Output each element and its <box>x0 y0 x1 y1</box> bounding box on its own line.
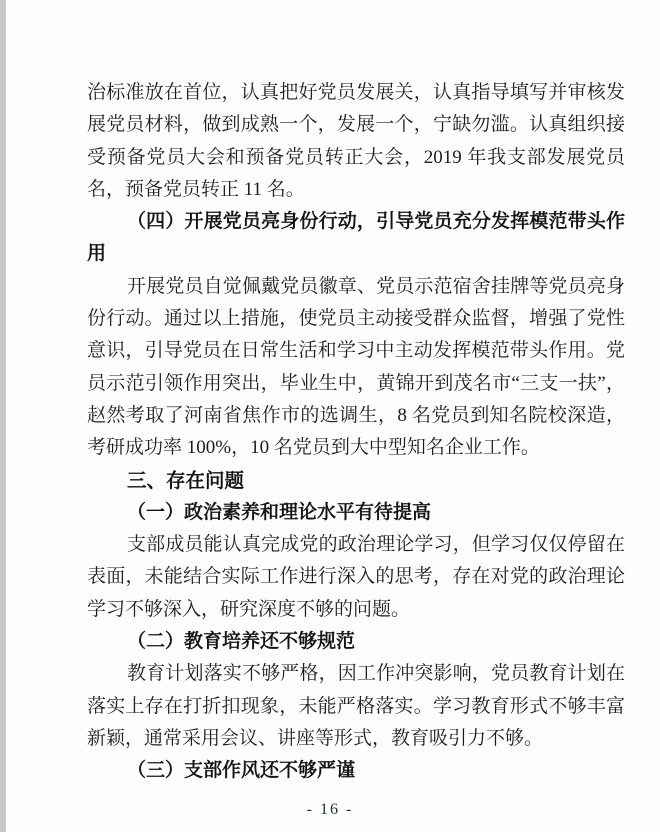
text-line: 员示范引领作用突出，毕业生中，黄锦开到茂名市“三支一扶”， <box>87 368 625 400</box>
text-line: （一）政治素养和理论水平有待提高 <box>87 497 625 529</box>
text-line: 落实上存在打折扣现象，未能严格落实。学习教育形式不够丰富 <box>87 691 625 723</box>
text-line: 新颖，通常采用会议、讲座等形式，教育吸引力不够。 <box>87 723 625 755</box>
text-line: 受预备党员大会和预备党员转正大会，2019 年我支部发展党员 19 <box>87 142 625 174</box>
scan-edge-strip <box>0 0 6 832</box>
text-line: 开展党员自觉佩戴党员徽章、党员示范宿舍挂牌等党员亮身 <box>87 271 625 303</box>
text-line: （四）开展党员亮身份行动，引导党员充分发挥模范带头作 <box>87 206 625 238</box>
text-line: 名，预备党员转正 11 名。 <box>87 174 625 206</box>
text-line: 表面，未能结合实际工作进行深入的思考，存在对党的政治理论 <box>87 561 625 593</box>
document-page: 治标准放在首位，认真把好党员发展关，认真指导填写并审核发展党员材料，做到成熟一个… <box>0 0 660 832</box>
text-line: 学习不够深入，研究深度不够的问题。 <box>87 594 625 626</box>
text-line: （二）教育培养还不够规范 <box>87 626 625 658</box>
page-number: - 16 - <box>307 801 354 818</box>
text-line: （三）支部作风还不够严谨 <box>87 755 625 787</box>
text-line: 份行动。通过以上措施，使党员主动接受群众监督，增强了党性 <box>87 303 625 335</box>
text-line: 教育计划落实不够严格，因工作冲突影响，党员教育计划在 <box>87 658 625 690</box>
text-line: 用 <box>87 238 625 270</box>
text-line: 赵然考取了河南省焦作市的选调生，8 名党员到知名院校深造， <box>87 400 625 432</box>
page-footer: - 16 - <box>0 801 660 819</box>
text-line: 展党员材料，做到成熟一个，发展一个，宁缺勿滥。认真组织接 <box>87 109 625 141</box>
text-line: 考研成功率 100%，10 名党员到大中型知名企业工作。 <box>87 432 625 464</box>
document-body: 治标准放在首位，认真把好党员发展关，认真指导填写并审核发展党员材料，做到成熟一个… <box>87 77 625 788</box>
text-line: 意识，引导党员在日常生活和学习中主动发挥模范带头作用。党 <box>87 335 625 367</box>
text-line: 支部成员能认真完成党的政治理论学习，但学习仅仅停留在 <box>87 529 625 561</box>
text-line: 治标准放在首位，认真把好党员发展关，认真指导填写并审核发 <box>87 77 625 109</box>
text-line: 三、存在问题 <box>87 465 625 497</box>
